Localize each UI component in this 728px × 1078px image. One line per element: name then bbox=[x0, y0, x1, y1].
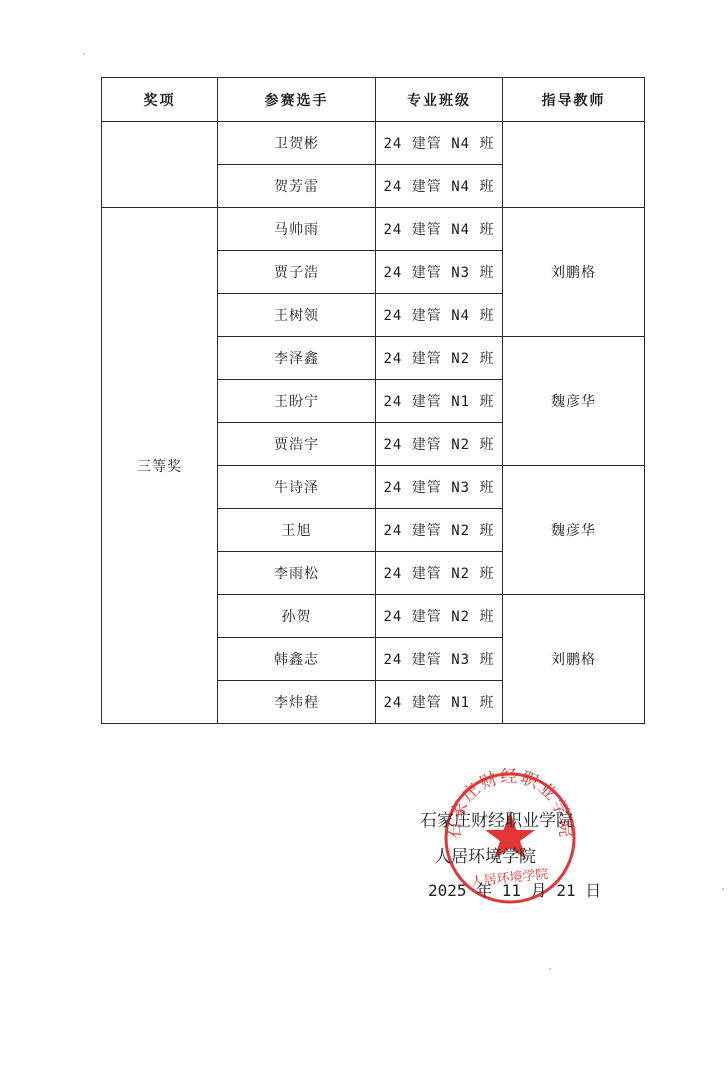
header-contestant: 参赛选手 bbox=[218, 78, 376, 122]
class-cell: 24 建管 N4 班 bbox=[376, 165, 503, 208]
header-teacher: 指导教师 bbox=[503, 78, 645, 122]
teacher-cell: 魏彦华 bbox=[503, 337, 645, 466]
class-cell: 24 建管 N2 班 bbox=[376, 337, 503, 380]
header-class: 专业班级 bbox=[376, 78, 503, 122]
table-row: 卫贺彬 24 建管 N4 班 bbox=[102, 122, 645, 165]
teacher-cell: 刘鹏格 bbox=[503, 595, 645, 724]
teacher-cell-continued bbox=[503, 122, 645, 208]
contestant-cell: 卫贺彬 bbox=[218, 122, 376, 165]
contestant-cell: 王盼宁 bbox=[218, 380, 376, 423]
class-cell: 24 建管 N2 班 bbox=[376, 552, 503, 595]
contestant-cell: 贾子浩 bbox=[218, 251, 376, 294]
signature-organization: 石家庄财经职业学院 bbox=[420, 806, 573, 831]
teacher-cell: 刘鹏格 bbox=[503, 208, 645, 337]
award-cell-continued bbox=[102, 122, 218, 208]
class-cell: 24 建管 N3 班 bbox=[376, 251, 503, 294]
class-cell: 24 建管 N4 班 bbox=[376, 294, 503, 337]
table-row: 三等奖 马帅雨 24 建管 N4 班 刘鹏格 bbox=[102, 208, 645, 251]
contestant-cell: 李雨松 bbox=[218, 552, 376, 595]
contestant-cell: 牛诗泽 bbox=[218, 466, 376, 509]
header-award: 奖项 bbox=[102, 78, 218, 122]
award-table: 奖项 参赛选手 专业班级 指导教师 卫贺彬 24 建管 N4 班 贺芳雷 24 … bbox=[101, 77, 645, 724]
contestant-cell: 李泽鑫 bbox=[218, 337, 376, 380]
contestant-cell: 韩鑫志 bbox=[218, 638, 376, 681]
scan-speck bbox=[83, 53, 85, 55]
class-cell: 24 建管 N1 班 bbox=[376, 380, 503, 423]
class-cell: 24 建管 N3 班 bbox=[376, 638, 503, 681]
contestant-cell: 王旭 bbox=[218, 509, 376, 552]
scan-speck bbox=[722, 888, 724, 890]
class-cell: 24 建管 N4 班 bbox=[376, 122, 503, 165]
class-cell: 24 建管 N2 班 bbox=[376, 509, 503, 552]
award-cell-third-prize: 三等奖 bbox=[102, 208, 218, 724]
teacher-cell: 魏彦华 bbox=[503, 466, 645, 595]
class-cell: 24 建管 N1 班 bbox=[376, 681, 503, 724]
class-cell: 24 建管 N4 班 bbox=[376, 208, 503, 251]
contestant-cell: 贺芳雷 bbox=[218, 165, 376, 208]
contestant-cell: 贾浩宇 bbox=[218, 423, 376, 466]
table-header-row: 奖项 参赛选手 专业班级 指导教师 bbox=[102, 78, 645, 122]
signature-department: 人居环境学院 bbox=[434, 842, 536, 867]
contestant-cell: 王树领 bbox=[218, 294, 376, 337]
signature-date: 2025 年 11 月 21 日 bbox=[428, 878, 601, 901]
class-cell: 24 建管 N2 班 bbox=[376, 423, 503, 466]
class-cell: 24 建管 N2 班 bbox=[376, 595, 503, 638]
contestant-cell: 孙贺 bbox=[218, 595, 376, 638]
contestant-cell: 李炜程 bbox=[218, 681, 376, 724]
scan-speck bbox=[549, 968, 551, 970]
class-cell: 24 建管 N3 班 bbox=[376, 466, 503, 509]
contestant-cell: 马帅雨 bbox=[218, 208, 376, 251]
